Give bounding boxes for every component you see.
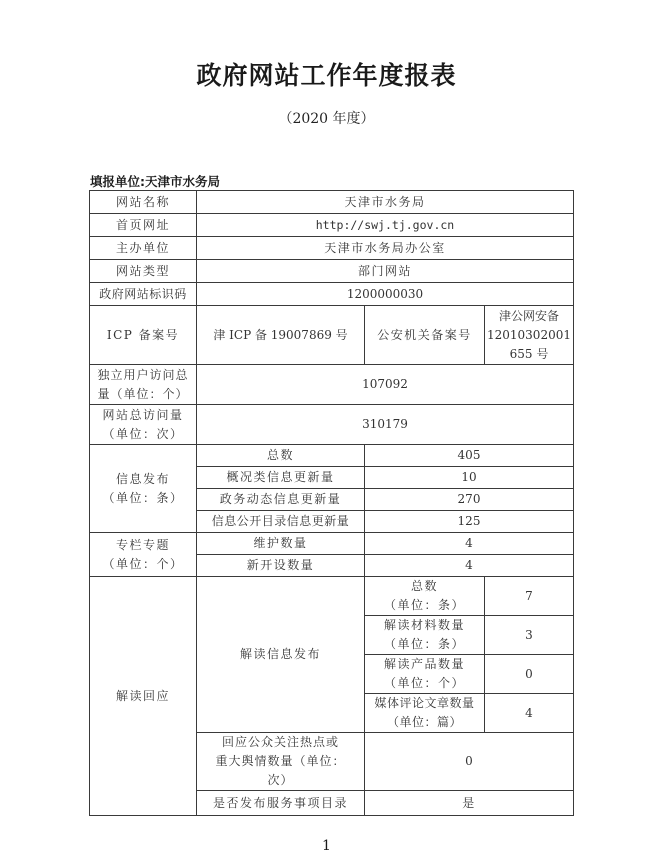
label-line: 量（单位：个）	[92, 385, 194, 404]
site-name-label: 网站名称	[90, 191, 197, 214]
info-publish-label: 信息发布 （单位：条）	[90, 445, 197, 533]
label-line: 重大舆情数量（单位：	[199, 752, 362, 771]
interpretation-item-label: 媒体评论文章数量 （单位：篇）	[365, 694, 485, 733]
label-line: （单位：个）	[92, 555, 194, 574]
label-line: 解读产品数量	[367, 655, 482, 674]
police-record-value: 津公网安备 12010302001 655 号	[485, 306, 574, 365]
info-publish-item-label: 总数	[197, 445, 365, 467]
table-row: 专栏专题 （单位：个） 维护数量 4	[90, 533, 574, 555]
hotspot-label: 回应公众关注热点或 重大舆情数量（单位： 次）	[197, 733, 365, 791]
service-catalog-value: 是	[365, 791, 574, 816]
page-number: 1	[0, 838, 653, 854]
police-record-label: 公安机关备案号	[365, 306, 485, 365]
icp-value: 津 ICP 备 19007869 号	[197, 306, 365, 365]
organizer-value: 天津市水务局办公室	[197, 237, 574, 260]
info-publish-item-label: 概况类信息更新量	[197, 467, 365, 489]
label-line: 次）	[199, 771, 362, 790]
info-publish-item-label: 信息公开目录信息更新量	[197, 511, 365, 533]
interpretation-label: 解读回应	[90, 577, 197, 816]
report-year: （2020 年度）	[0, 108, 653, 128]
police-record-line: 12010302001	[487, 326, 571, 345]
columns-item-value: 4	[365, 555, 574, 577]
label-line: 独立用户访问总	[92, 366, 194, 385]
interpretation-sub-label: 解读信息发布	[197, 577, 365, 733]
homepage-label: 首页网址	[90, 214, 197, 237]
table-row: 政府网站标识码 1200000030	[90, 283, 574, 306]
interpretation-item-label: 解读产品数量 （单位：个）	[365, 655, 485, 694]
info-publish-item-value: 125	[365, 511, 574, 533]
interpretation-item-value: 3	[485, 616, 574, 655]
table-row: 首页网址 http://swj.tj.gov.cn	[90, 214, 574, 237]
label-line: 总数	[367, 577, 482, 596]
table-row: 独立用户访问总 量（单位：个） 107092	[90, 365, 574, 405]
label-line: （单位：个）	[367, 674, 482, 693]
columns-item-value: 4	[365, 533, 574, 555]
interpretation-item-value: 0	[485, 655, 574, 694]
info-publish-item-value: 405	[365, 445, 574, 467]
table-row: ICP 备案号 津 ICP 备 19007869 号 公安机关备案号 津公网安备…	[90, 306, 574, 365]
service-catalog-label: 是否发布服务事项目录	[197, 791, 365, 816]
label-line: （单位：篇）	[367, 713, 482, 732]
police-record-line: 655 号	[487, 345, 571, 364]
info-publish-item-label: 政务动态信息更新量	[197, 489, 365, 511]
report-table: 网站名称 天津市水务局 首页网址 http://swj.tj.gov.cn 主办…	[89, 190, 574, 816]
total-visits-label: 网站总访问量 （单位：次）	[90, 405, 197, 445]
table-row: 网站总访问量 （单位：次） 310179	[90, 405, 574, 445]
unique-visitors-label: 独立用户访问总 量（单位：个）	[90, 365, 197, 405]
interpretation-item-label: 总数 （单位：条）	[365, 577, 485, 616]
interpretation-item-label: 解读材料数量 （单位：条）	[365, 616, 485, 655]
site-type-label: 网站类型	[90, 260, 197, 283]
site-type-value: 部门网站	[197, 260, 574, 283]
homepage-value: http://swj.tj.gov.cn	[197, 214, 574, 237]
label-line: 媒体评论文章数量	[367, 694, 482, 713]
label-line: （单位：次）	[92, 425, 194, 444]
interpretation-item-value: 4	[485, 694, 574, 733]
interpretation-item-value: 7	[485, 577, 574, 616]
site-name-value: 天津市水务局	[197, 191, 574, 214]
table-row: 网站名称 天津市水务局	[90, 191, 574, 214]
info-publish-item-value: 10	[365, 467, 574, 489]
organizer-label: 主办单位	[90, 237, 197, 260]
label-line: 专栏专题	[92, 536, 194, 555]
table-row: 解读回应 解读信息发布 总数 （单位：条） 7	[90, 577, 574, 616]
label-line: 信息发布	[92, 470, 194, 489]
label-line: 回应公众关注热点或	[199, 733, 362, 752]
label-line: （单位：条）	[367, 635, 482, 654]
police-record-line: 津公网安备	[487, 307, 571, 326]
label-line: （单位：条）	[367, 596, 482, 615]
table-row: 主办单位 天津市水务局办公室	[90, 237, 574, 260]
label-line: （单位：条）	[92, 489, 194, 508]
hotspot-value: 0	[365, 733, 574, 791]
label-line: 网站总访问量	[92, 406, 194, 425]
columns-item-label: 维护数量	[197, 533, 365, 555]
columns-item-label: 新开设数量	[197, 555, 365, 577]
info-publish-item-value: 270	[365, 489, 574, 511]
site-id-label: 政府网站标识码	[90, 283, 197, 306]
columns-label: 专栏专题 （单位：个）	[90, 533, 197, 577]
label-line: 解读材料数量	[367, 616, 482, 635]
reporting-unit: 填报单位:天津市水务局	[90, 172, 220, 190]
unique-visitors-value: 107092	[197, 365, 574, 405]
site-id-value: 1200000030	[197, 283, 574, 306]
table-row: 网站类型 部门网站	[90, 260, 574, 283]
table-row: 信息发布 （单位：条） 总数 405	[90, 445, 574, 467]
icp-label: ICP 备案号	[90, 306, 197, 365]
total-visits-value: 310179	[197, 405, 574, 445]
page-title: 政府网站工作年度报表	[0, 56, 653, 92]
